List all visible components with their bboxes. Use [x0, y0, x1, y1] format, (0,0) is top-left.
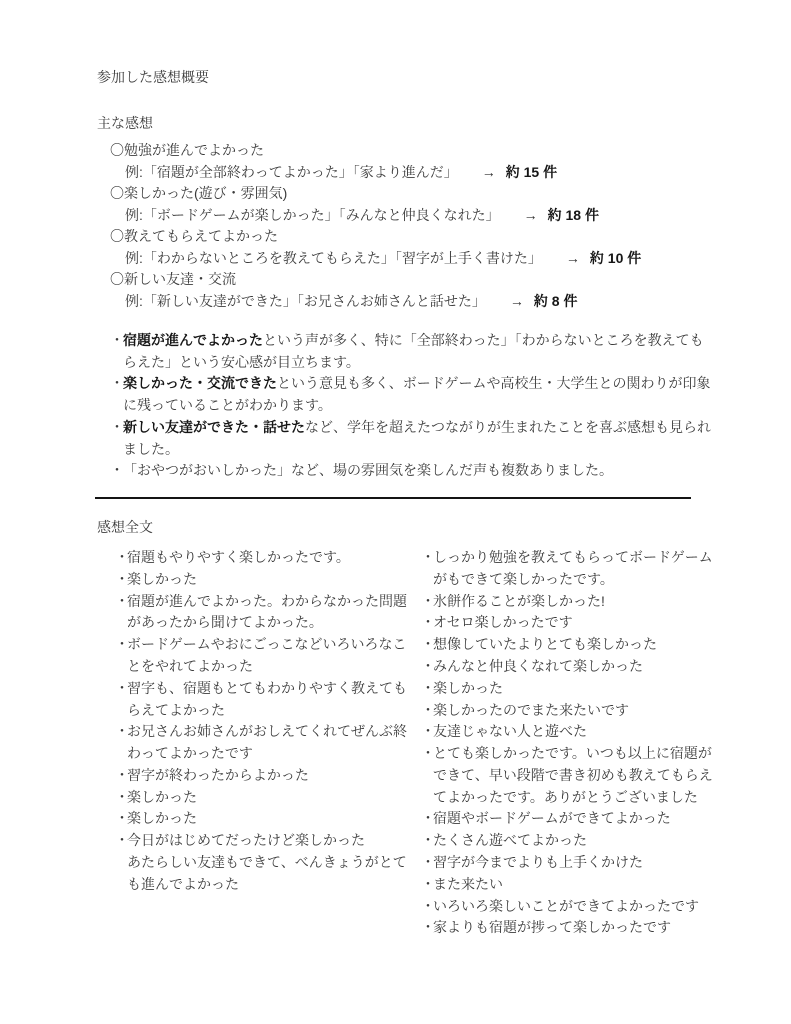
arrow-right-icon: →: [510, 293, 524, 309]
note-text: 「おやつがおいしかった」など、場の雰囲気を楽しんだ声も複数ありました。: [123, 460, 711, 482]
comment-text: ボードゲームやおにごっこなどいろいろなことをやれてよかった: [127, 634, 407, 678]
bullet-icon: ・: [110, 417, 123, 460]
summary-category: 〇楽しかった(遊び・雰囲気) 例:「ボードゲームが楽しかった」「みんなと仲良くな…: [97, 183, 743, 226]
comment-text: いろいろ楽しいことができてよかったです: [433, 896, 713, 918]
bullet-icon: ・: [115, 830, 127, 895]
comment-text: 今日がはじめてだったけど楽しかった あたらしい友達もできて、べんきょうがとても進…: [127, 830, 407, 895]
bullet-icon: ・: [421, 721, 433, 743]
category-label: 〇教えてもらえてよかった: [110, 226, 743, 248]
comment-text: 習字が終わったからよかった: [127, 765, 407, 787]
summary-notes: ・ 宿題が進んでよかったという声が多く、特に「全部終わった」「わからないところを…: [97, 330, 711, 482]
comment-text: 氷餅作ることが楽しかった!: [433, 591, 713, 613]
comment-item: ・楽しかった: [115, 569, 407, 591]
example-count: 約 8 件: [534, 293, 578, 309]
bullet-icon: ・: [421, 700, 433, 722]
bullet-icon: ・: [115, 765, 127, 787]
category-label: 〇楽しかった(遊び・雰囲気): [110, 183, 743, 205]
arrow-right-icon: →: [482, 164, 496, 180]
comment-item: ・たくさん遊べてよかった: [421, 830, 713, 852]
bullet-icon: ・: [115, 808, 127, 830]
comment-item: ・今日がはじめてだったけど楽しかった あたらしい友達もできて、べんきょうがとても…: [115, 830, 407, 895]
bullet-icon: ・: [115, 547, 127, 569]
comment-text: とても楽しかったです。いつも以上に宿題ができて、早い段階で書き初めも教えてもらえ…: [433, 743, 713, 808]
comment-item: ・楽しかった: [421, 678, 713, 700]
bullet-icon: ・: [110, 460, 123, 482]
bullet-icon: ・: [421, 896, 433, 918]
comment-item: ・また来たい: [421, 874, 713, 896]
bullet-icon: ・: [421, 808, 433, 830]
comment-item: ・楽しかった: [115, 808, 407, 830]
comment-item: ・習字が終わったからよかった: [115, 765, 407, 787]
comment-item: ・習字が今までよりも上手くかけた: [421, 852, 713, 874]
summary-categories: 〇勉強が進んでよかった 例:「宿題が全部終わってよかった」「家より進んだ」→約 …: [97, 140, 743, 312]
comment-item: ・ボードゲームやおにごっこなどいろいろなことをやれてよかった: [115, 634, 407, 678]
category-example-line: 例:「宿題が全部終わってよかった」「家より進んだ」→約 15 件: [125, 162, 743, 184]
bullet-icon: ・: [421, 917, 433, 939]
comment-text: みんなと仲良くなれて楽しかった: [433, 656, 713, 678]
comment-text: 想像していたよりとても楽しかった: [433, 634, 713, 656]
example-text: 例:「わからないところを教えてもらえた」「習字が上手く書けた」: [125, 250, 542, 266]
summary-category: 〇教えてもらえてよかった 例:「わからないところを教えてもらえた」「習字が上手く…: [97, 226, 743, 269]
bullet-icon: ・: [115, 591, 127, 635]
bullet-icon: ・: [110, 330, 123, 373]
summary-note: ・ 宿題が進んでよかったという声が多く、特に「全部終わった」「わからないところを…: [110, 330, 711, 373]
comment-text: 友達じゃない人と遊べた: [433, 721, 713, 743]
example-count: 約 18 件: [548, 207, 599, 223]
summary-note: ・ 「おやつがおいしかった」など、場の雰囲気を楽しんだ声も複数ありました。: [110, 460, 711, 482]
bullet-icon: ・: [421, 591, 433, 613]
comment-text: しっかり勉強を教えてもらってボードゲームがもできて楽しかったです。: [433, 547, 713, 591]
bullet-icon: ・: [110, 373, 123, 416]
note-text: 宿題が進んでよかったという声が多く、特に「全部終わった」「わからないところを教え…: [123, 330, 711, 373]
comment-item: ・友達じゃない人と遊べた: [421, 721, 713, 743]
example-count: 約 10 件: [590, 250, 641, 266]
full-comments-heading: 感想全文: [97, 516, 743, 538]
note-lead: 新しい友達ができた・話せた: [123, 419, 305, 435]
bullet-icon: ・: [115, 569, 127, 591]
comments-columns: ・宿題もやりやすく楽しかったです。 ・楽しかった ・宿題が進んでよかった。わから…: [115, 547, 743, 939]
comment-text: 楽しかったのでまた来たいです: [433, 700, 713, 722]
comment-text: 宿題もやりやすく楽しかったです。: [127, 547, 407, 569]
comment-text: 宿題が進んでよかった。わからなかった問題があったから聞けてよかった。: [127, 591, 407, 635]
category-example-line: 例:「ボードゲームが楽しかった」「みんなと仲良くなれた」→約 18 件: [125, 205, 743, 227]
bullet-icon: ・: [421, 743, 433, 808]
category-label: 〇勉強が進んでよかった: [110, 140, 743, 162]
comment-item: ・楽しかったのでまた来たいです: [421, 700, 713, 722]
bullet-icon: ・: [115, 678, 127, 722]
bullet-icon: ・: [421, 656, 433, 678]
summary-category: 〇新しい友達・交流 例:「新しい友達ができた」「お兄さんお姉さんと話せた」→約 …: [97, 269, 743, 312]
comment-item: ・楽しかった: [115, 787, 407, 809]
arrow-right-icon: →: [524, 207, 538, 223]
note-text: 楽しかった・交流できたという意見も多く、ボードゲームや高校生・大学生との関わりが…: [123, 373, 711, 416]
comment-text: 楽しかった: [127, 787, 407, 809]
summary-note: ・ 楽しかった・交流できたという意見も多く、ボードゲームや高校生・大学生との関わ…: [110, 373, 711, 416]
comment-item: ・いろいろ楽しいことができてよかったです: [421, 896, 713, 918]
comment-item: ・想像していたよりとても楽しかった: [421, 634, 713, 656]
comment-text: 習字が今までよりも上手くかけた: [433, 852, 713, 874]
comment-item: ・とても楽しかったです。いつも以上に宿題ができて、早い段階で書き初めも教えてもら…: [421, 743, 713, 808]
bullet-icon: ・: [115, 721, 127, 765]
comment-item: ・お兄さんお姉さんがおしえてくれてぜんぶ終わってよかったです: [115, 721, 407, 765]
category-label: 〇新しい友達・交流: [110, 269, 743, 291]
bullet-icon: ・: [421, 634, 433, 656]
example-text: 例:「ボードゲームが楽しかった」「みんなと仲良くなれた」: [125, 207, 500, 223]
bullet-icon: ・: [115, 787, 127, 809]
bullet-icon: ・: [421, 874, 433, 896]
comment-item: ・習字も、宿題もとてもわかりやすく教えてもらえてよかった: [115, 678, 407, 722]
comments-column-right: ・しっかり勉強を教えてもらってボードゲームがもできて楽しかったです。 ・氷餅作る…: [421, 547, 713, 939]
section-divider: [95, 497, 691, 499]
bullet-icon: ・: [115, 634, 127, 678]
bullet-icon: ・: [421, 830, 433, 852]
bullet-icon: ・: [421, 852, 433, 874]
comment-text: また来たい: [433, 874, 713, 896]
example-text: 例:「新しい友達ができた」「お兄さんお姉さんと話せた」: [125, 293, 486, 309]
comment-item: ・オセロ楽しかったです: [421, 612, 713, 634]
comment-item: ・しっかり勉強を教えてもらってボードゲームがもできて楽しかったです。: [421, 547, 713, 591]
comment-item: ・宿題が進んでよかった。わからなかった問題があったから聞けてよかった。: [115, 591, 407, 635]
document-title: 参加した感想概要: [97, 66, 743, 88]
comment-text: お兄さんお姉さんがおしえてくれてぜんぶ終わってよかったです: [127, 721, 407, 765]
bullet-icon: ・: [421, 678, 433, 700]
category-example-line: 例:「わからないところを教えてもらえた」「習字が上手く書けた」→約 10 件: [125, 248, 743, 270]
category-example-line: 例:「新しい友達ができた」「お兄さんお姉さんと話せた」→約 8 件: [125, 291, 743, 313]
note-text: 新しい友達ができた・話せたなど、学年を超えたつながりが生まれたことを喜ぶ感想も見…: [123, 417, 711, 460]
comment-item: ・宿題やボードゲームができてよかった: [421, 808, 713, 830]
note-body: 「おやつがおいしかった」など、場の雰囲気を楽しんだ声も複数ありました。: [123, 462, 613, 478]
summary-category: 〇勉強が進んでよかった 例:「宿題が全部終わってよかった」「家より進んだ」→約 …: [97, 140, 743, 183]
example-count: 約 15 件: [506, 164, 557, 180]
summary-heading: 主な感想: [97, 112, 743, 134]
note-lead: 楽しかった・交流できた: [123, 375, 277, 391]
comment-text: たくさん遊べてよかった: [433, 830, 713, 852]
bullet-icon: ・: [421, 612, 433, 634]
comment-text: 宿題やボードゲームができてよかった: [433, 808, 713, 830]
comment-item: ・氷餅作ることが楽しかった!: [421, 591, 713, 613]
document-page: 参加した感想概要 主な感想 〇勉強が進んでよかった 例:「宿題が全部終わってよか…: [0, 0, 791, 1024]
comment-text: 家よりも宿題が捗って楽しかったです: [433, 917, 713, 939]
comment-item: ・宿題もやりやすく楽しかったです。: [115, 547, 407, 569]
note-lead: 宿題が進んでよかった: [123, 332, 263, 348]
comment-item: ・家よりも宿題が捗って楽しかったです: [421, 917, 713, 939]
bullet-icon: ・: [421, 547, 433, 591]
example-text: 例:「宿題が全部終わってよかった」「家より進んだ」: [125, 164, 458, 180]
comment-text: オセロ楽しかったです: [433, 612, 713, 634]
comment-item: ・みんなと仲良くなれて楽しかった: [421, 656, 713, 678]
comments-column-left: ・宿題もやりやすく楽しかったです。 ・楽しかった ・宿題が進んでよかった。わから…: [115, 547, 407, 939]
comment-text: 楽しかった: [433, 678, 713, 700]
arrow-right-icon: →: [566, 250, 580, 266]
comment-text: 楽しかった: [127, 569, 407, 591]
page-content: 参加した感想概要 主な感想 〇勉強が進んでよかった 例:「宿題が全部終わってよか…: [0, 0, 791, 939]
summary-note: ・ 新しい友達ができた・話せたなど、学年を超えたつながりが生まれたことを喜ぶ感想…: [110, 417, 711, 460]
comment-text: 楽しかった: [127, 808, 407, 830]
comment-text: 習字も、宿題もとてもわかりやすく教えてもらえてよかった: [127, 678, 407, 722]
